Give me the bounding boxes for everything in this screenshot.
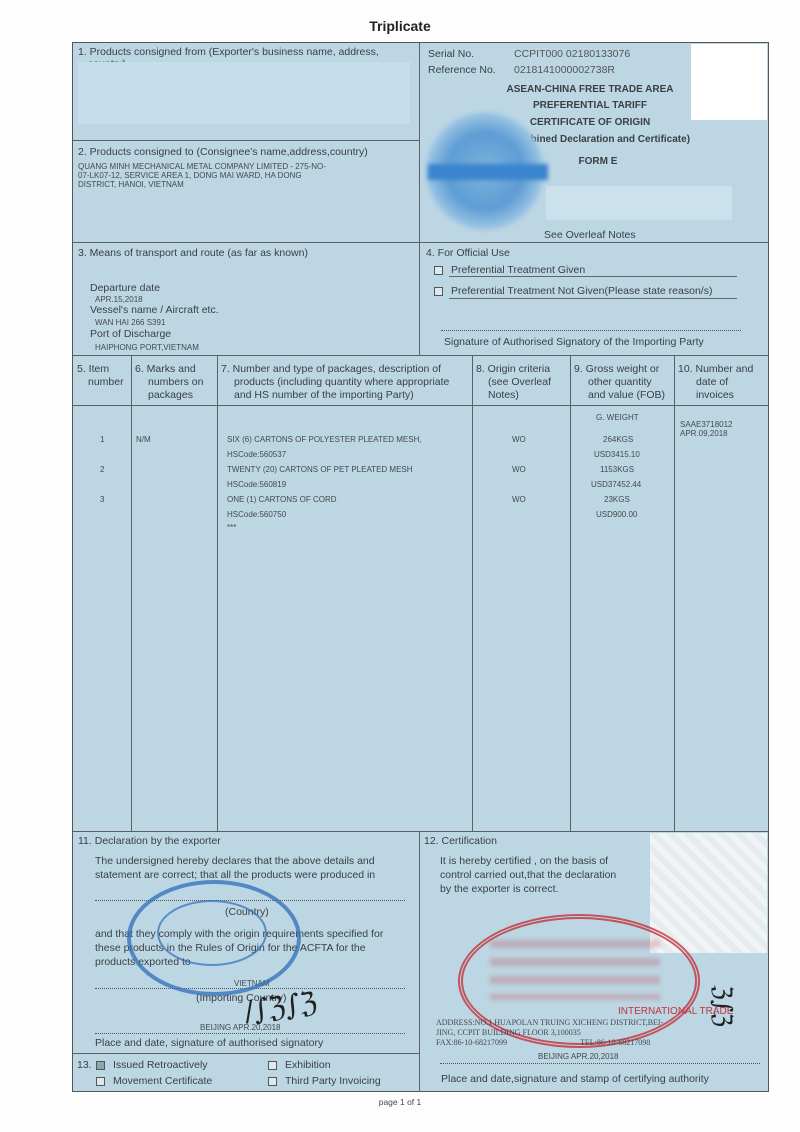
header-weight: and value (FOB) [588, 389, 665, 402]
divider [131, 355, 132, 831]
header-invoices: 10. Number and [678, 363, 753, 376]
divider [73, 355, 768, 356]
box12-label: 12. Certification [424, 835, 497, 848]
item-value: USD900.00 [596, 510, 637, 519]
option-label: Preferential Treatment Given [451, 264, 585, 276]
header-marks: 6. Marks and [135, 363, 196, 376]
option-exhibition[interactable]: Exhibition [268, 1059, 331, 1071]
serial-value: CCPIT000 02180133076 [514, 48, 630, 60]
blurred-stamp-text [490, 940, 660, 1000]
invoice-date: APR.09,2018 [680, 429, 728, 438]
box3-label: 3. Means of transport and route (as far … [78, 247, 308, 260]
overleaf-notes: See Overleaf Notes [544, 229, 636, 241]
consignee-line: DISTRICT, HANOI, VIETNAM [78, 180, 184, 189]
header-item-number: number [88, 376, 124, 389]
authority-address: JING, CCPIT BUILDING FLOOR 3,100035 [436, 1028, 581, 1037]
item-description: ONE (1) CARTONS OF CORD [227, 495, 337, 504]
departure-label: Departure date [90, 282, 160, 294]
option-third-party-invoicing[interactable]: Third Party Invoicing [268, 1075, 381, 1087]
consignee-line: 07-LK07-12, SERVICE AREA 1, DONG MAI WAR… [78, 171, 302, 180]
heading-line: ASEAN-CHINA FREE TRADE AREA [420, 84, 760, 96]
item-description: TWENTY (20) CARTONS OF PET PLEATED MESH [227, 465, 413, 474]
item-description: SIX (6) CARTONS OF POLYESTER PLEATED MES… [227, 435, 422, 444]
port-label: Port of Discharge [90, 328, 171, 340]
box4-label: 4. For Official Use [426, 247, 510, 260]
item-criteria: WO [512, 465, 526, 474]
divider [472, 355, 473, 831]
underline [449, 298, 737, 299]
checkbox-checked[interactable] [96, 1061, 105, 1070]
page-footer: page 1 of 1 [0, 1098, 800, 1107]
heading-line: PREFERENTIAL TARIFF [420, 100, 760, 112]
header-origin: 8. Origin criteria [476, 363, 550, 376]
checkbox[interactable] [434, 266, 443, 275]
certification-text: It is hereby certified , on the basis of [440, 855, 608, 867]
preferential-not-given-option[interactable]: Preferential Treatment Not Given(Please … [434, 285, 712, 297]
item-value: USD3415.10 [594, 450, 640, 459]
document-title: Triplicate [0, 18, 800, 34]
item-weight: 1153KGS [600, 465, 634, 474]
header-weight: 9. Gross weight or [574, 363, 659, 376]
divider [217, 355, 218, 831]
divider [73, 242, 768, 243]
certification-text: control carried out,that the declaration [440, 869, 616, 881]
item-number: 3 [100, 495, 104, 504]
certifier-signature-caption: Place and date,signature and stamp of ce… [441, 1073, 709, 1085]
declaration-text: statement are correct; that all the prod… [95, 869, 375, 881]
box2-label: 2. Products consigned to (Consignee's na… [78, 146, 368, 159]
item-weight: 264KGS [603, 435, 633, 444]
authority-address: ADDRESS:NO.1 HUAPOLAN TRUING XICHENG DIS… [436, 1018, 663, 1027]
redacted-exporter [78, 62, 410, 124]
divider [419, 831, 420, 1091]
option-issued-retroactively[interactable]: Issued Retroactively [96, 1059, 208, 1071]
marks-value: N/M [136, 435, 151, 444]
vessel-value: WAN HAI 266 S391 [95, 318, 165, 327]
end-mark: *** [227, 523, 236, 532]
divider [73, 140, 419, 141]
item-number: 2 [100, 465, 104, 474]
signature-line [95, 1033, 405, 1034]
item-weight: 23KGS [604, 495, 630, 504]
certifier-signature: ℨ∫ℨ [706, 985, 740, 1027]
declaration-text: The undersigned hereby declares that the… [95, 855, 375, 867]
option-movement-certificate[interactable]: Movement Certificate [96, 1075, 212, 1087]
divider [73, 405, 768, 406]
divider [674, 355, 675, 831]
blurred-logo-band [428, 164, 548, 180]
signature-line [440, 1063, 760, 1064]
certification-text: by the exporter is correct. [440, 883, 558, 895]
preferential-given-option[interactable]: Preferential Treatment Given [434, 264, 585, 276]
header-marks: numbers on [148, 376, 203, 389]
checkbox[interactable] [268, 1061, 277, 1070]
exporter-signature-caption: Place and date, signature of authorised … [95, 1037, 323, 1049]
header-description: products (including quantity where appro… [234, 376, 449, 389]
header-description: and HS number of the importing Party) [234, 389, 414, 402]
header-description: 7. Number and type of packages, descript… [221, 363, 441, 376]
header-marks: packages [148, 389, 193, 402]
checkbox[interactable] [268, 1077, 277, 1086]
importer-signature-caption: Signature of Authorised Signatory of the… [444, 336, 704, 348]
divider [73, 831, 768, 832]
header-invoices: invoices [696, 389, 734, 402]
certifier-place-date: BEIJING APR.20,2018 [538, 1052, 619, 1061]
header-origin: (see Overleaf [488, 376, 551, 389]
item-hscode: HSCode:560537 [227, 450, 286, 459]
header-weight: other quantity [588, 376, 652, 389]
item-criteria: WO [512, 435, 526, 444]
item-number: 1 [100, 435, 104, 444]
gross-weight-heading: G. WEIGHT [596, 413, 639, 422]
authority-tel: TEL:86-10-68217098 [580, 1038, 650, 1047]
port-value: HAIPHONG PORT,VIETNAM [95, 343, 199, 352]
signature-line [441, 330, 741, 331]
departure-value: APR.15,2018 [95, 295, 143, 304]
item-hscode: HSCode:560750 [227, 510, 286, 519]
option-label: Movement Certificate [113, 1075, 212, 1087]
divider [570, 355, 571, 831]
checkbox[interactable] [434, 287, 443, 296]
reference-value: 0218141000002738R [514, 64, 615, 76]
header-origin: Notes) [488, 389, 519, 402]
invoice-number: SAAE3718012 [680, 420, 733, 429]
divider [73, 1053, 419, 1054]
consignee-line: QUANG MINH MECHANICAL METAL COMPANY LIMI… [78, 162, 326, 171]
authority-fax: FAX:86-10-68217099 [436, 1038, 507, 1047]
box13-label: 13. [77, 1059, 92, 1071]
vessel-label: Vessel's name / Aircraft etc. [90, 304, 219, 316]
option-label: Preferential Treatment Not Given(Please … [451, 285, 712, 297]
exporter-stamp-inner [157, 900, 267, 966]
header-invoices: date of [696, 376, 728, 389]
serial-label: Serial No. [428, 48, 474, 60]
option-label: Third Party Invoicing [285, 1075, 381, 1087]
option-label: Exhibition [285, 1059, 331, 1071]
box11-label: 11. Declaration by the exporter [78, 835, 221, 848]
item-value: USD37452.44 [591, 480, 641, 489]
item-hscode: HSCode:560819 [227, 480, 286, 489]
underline [449, 276, 737, 277]
option-label: Issued Retroactively [113, 1059, 208, 1071]
item-criteria: WO [512, 495, 526, 504]
header-item-number: 5. Item [77, 363, 109, 376]
redacted-field [546, 186, 732, 220]
checkbox[interactable] [96, 1077, 105, 1086]
reference-label: Reference No. [428, 64, 496, 76]
